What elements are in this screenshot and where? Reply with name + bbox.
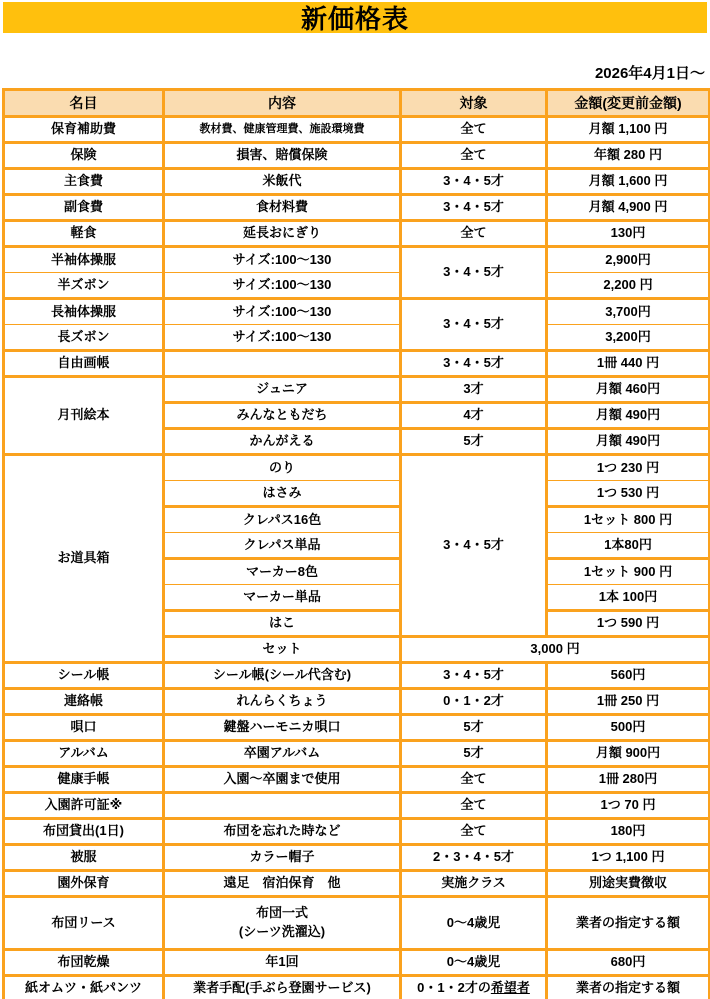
table-cell: サイズ:100～130 — [164, 325, 401, 351]
table-cell: みんなともだち — [164, 403, 401, 429]
table-cell: 月刊絵本 — [4, 377, 164, 455]
table-cell: 長袖体操服 — [4, 299, 164, 325]
table-cell: 5才 — [401, 429, 547, 455]
table-row: 入園許可証※全て1つ 70 円 — [4, 793, 710, 819]
table-cell: 実施クラス — [401, 871, 547, 897]
table-cell: 布団一式(シーツ洗濯込) — [164, 897, 401, 950]
table-cell: 健康手帳 — [4, 767, 164, 793]
table-row: 長ズボンサイズ:100～1303,200円 — [4, 325, 710, 351]
table-cell: 2,900円 — [547, 247, 710, 273]
table-cell: アルバム — [4, 741, 164, 767]
table-row: 自由画帳3・4・5才1冊 440 円 — [4, 351, 710, 377]
table-cell: 全て — [401, 117, 547, 143]
table-cell: カラー帽子 — [164, 845, 401, 871]
table-cell: 被服 — [4, 845, 164, 871]
table-cell: 別途実費徴収 — [547, 871, 710, 897]
page-title-bar: 新価格表 — [3, 2, 707, 33]
table-cell: 全て — [401, 767, 547, 793]
underlined-text: 希望者 — [491, 980, 530, 995]
table-row: 健康手帳入園～卒園まで使用全て1冊 280円 — [4, 767, 710, 793]
column-header: 金額(変更前金額) — [547, 90, 710, 117]
table-row: 唄口鍵盤ハーモニカ唄口5才500円 — [4, 715, 710, 741]
table-cell: 0～4歳児 — [401, 897, 547, 950]
table-cell: 1つ 530 円 — [547, 481, 710, 507]
table-cell: 0・1・2才 — [401, 689, 547, 715]
table-cell: 保育補助費 — [4, 117, 164, 143]
column-header: 名目 — [4, 90, 164, 117]
table-cell: 布団貸出(1日) — [4, 819, 164, 845]
table-cell: 1つ 230 円 — [547, 455, 710, 481]
table-cell: 1つ 590 円 — [547, 611, 710, 637]
table-cell: 3,700円 — [547, 299, 710, 325]
table-cell: 180円 — [547, 819, 710, 845]
table-cell: 全て — [401, 793, 547, 819]
table-cell: 3・4・5才 — [401, 247, 547, 299]
table-cell: 年1回 — [164, 950, 401, 976]
table-cell: 業者の指定する額 — [547, 976, 710, 999]
column-header: 内容 — [164, 90, 401, 117]
table-cell: かんがえる — [164, 429, 401, 455]
table-row: 長袖体操服サイズ:100～1303・4・5才3,700円 — [4, 299, 710, 325]
table-cell: 全て — [401, 819, 547, 845]
table-cell: 自由画帳 — [4, 351, 164, 377]
table-cell: 教材費、健康管理費、施設環境費 — [164, 117, 401, 143]
table-row: 布団リース布団一式(シーツ洗濯込)0～4歳児業者の指定する額 — [4, 897, 710, 950]
table-cell: 4才 — [401, 403, 547, 429]
table-cell: 3・4・5才 — [401, 663, 547, 689]
table-cell: 0～4歳児 — [401, 950, 547, 976]
table-row: 園外保育遠足 宿泊保育 他実施クラス別途実費徴収 — [4, 871, 710, 897]
column-header: 対象 — [401, 90, 547, 117]
table-row: アルバム卒園アルバム5才月額 900円 — [4, 741, 710, 767]
header-row: 名目内容対象金額(変更前金額) — [4, 90, 710, 117]
table-cell: 3,200円 — [547, 325, 710, 351]
table-cell: 布団乾燥 — [4, 950, 164, 976]
table-cell: 延長おにぎり — [164, 221, 401, 247]
table-row: 連絡帳れんらくちょう0・1・2才1冊 250 円 — [4, 689, 710, 715]
table-cell: はさみ — [164, 481, 401, 507]
table-cell: 紙オムツ・紙パンツ — [4, 976, 164, 999]
price-table: 名目内容対象金額(変更前金額) 保育補助費教材費、健康管理費、施設環境費全て月額… — [2, 88, 710, 999]
table-cell: 2・3・4・5才 — [401, 845, 547, 871]
table-cell — [164, 351, 401, 377]
table-cell: 卒園アルバム — [164, 741, 401, 767]
table-cell: 3・4・5才 — [401, 195, 547, 221]
table-cell: マーカー単品 — [164, 585, 401, 611]
table-row: 主食費米飯代3・4・5才月額 1,600 円 — [4, 169, 710, 195]
table-cell: 全て — [401, 221, 547, 247]
table-row: 半袖体操服サイズ:100～1303・4・5才2,900円 — [4, 247, 710, 273]
table-cell: サイズ:100～130 — [164, 299, 401, 325]
table-cell: 3才 — [401, 377, 547, 403]
table-row: 布団乾燥年1回0～4歳児680円 — [4, 950, 710, 976]
table-cell: 1冊 280円 — [547, 767, 710, 793]
table-cell: 2,200 円 — [547, 273, 710, 299]
table-row: 軽食延長おにぎり全て130円 — [4, 221, 710, 247]
table-cell: 食材料費 — [164, 195, 401, 221]
table-cell: 軽食 — [4, 221, 164, 247]
table-row: お道具箱のり3・4・5才1つ 230 円 — [4, 455, 710, 481]
table-cell: 主食費 — [4, 169, 164, 195]
table-cell: 副食費 — [4, 195, 164, 221]
table-cell: 1つ 70 円 — [547, 793, 710, 819]
table-cell: マーカー8色 — [164, 559, 401, 585]
table-cell: 0・1・2才の希望者 — [401, 976, 547, 999]
table-cell: 入園許可証※ — [4, 793, 164, 819]
table-row: 月刊絵本ジュニア3才月額 460円 — [4, 377, 710, 403]
table-cell: 5才 — [401, 715, 547, 741]
table-cell: 130円 — [547, 221, 710, 247]
table-cell: 560円 — [547, 663, 710, 689]
table-row: 保育補助費教材費、健康管理費、施設環境費全て月額 1,100 円 — [4, 117, 710, 143]
table-cell: クレパス単品 — [164, 533, 401, 559]
table-cell: 月額 490円 — [547, 429, 710, 455]
table-cell: 入園～卒園まで使用 — [164, 767, 401, 793]
table-cell: 3,000 円 — [401, 637, 710, 663]
table-cell: 月額 460円 — [547, 377, 710, 403]
table-row: 布団貸出(1日)布団を忘れた時など全て180円 — [4, 819, 710, 845]
table-cell: 1本80円 — [547, 533, 710, 559]
table-cell: 半ズボン — [4, 273, 164, 299]
table-cell: 保険 — [4, 143, 164, 169]
table-cell: 3・4・5才 — [401, 351, 547, 377]
table-cell: サイズ:100～130 — [164, 247, 401, 273]
table-cell: 米飯代 — [164, 169, 401, 195]
table-cell: 遠足 宿泊保育 他 — [164, 871, 401, 897]
table-row: 紙オムツ・紙パンツ業者手配(手ぶら登園サービス)0・1・2才の希望者業者の指定す… — [4, 976, 710, 999]
table-row: 保険損害、賠償保険全て年額 280 円 — [4, 143, 710, 169]
table-cell: 半袖体操服 — [4, 247, 164, 273]
table-cell: 1セット 900 円 — [547, 559, 710, 585]
table-row: 副食費食材料費3・4・5才月額 4,900 円 — [4, 195, 710, 221]
table-cell: 月額 490円 — [547, 403, 710, 429]
table-cell: 月額 1,600 円 — [547, 169, 710, 195]
table-cell: 1冊 440 円 — [547, 351, 710, 377]
table-cell: 園外保育 — [4, 871, 164, 897]
table-cell: 1セット 800 円 — [547, 507, 710, 533]
table-cell: 月額 4,900 円 — [547, 195, 710, 221]
table-cell: 業者の指定する額 — [547, 897, 710, 950]
table-cell: 全て — [401, 143, 547, 169]
table-cell: お道具箱 — [4, 455, 164, 663]
table-cell: 鍵盤ハーモニカ唄口 — [164, 715, 401, 741]
table-cell: シール帳 — [4, 663, 164, 689]
table-cell: 布団を忘れた時など — [164, 819, 401, 845]
table-row: シール帳シール帳(シール代含む)3・4・5才560円 — [4, 663, 710, 689]
table-cell: 1つ 1,100 円 — [547, 845, 710, 871]
table-cell — [164, 793, 401, 819]
table-cell: クレパス16色 — [164, 507, 401, 533]
price-table-head: 名目内容対象金額(変更前金額) — [4, 90, 710, 117]
table-cell: 680円 — [547, 950, 710, 976]
table-cell: 月額 1,100 円 — [547, 117, 710, 143]
table-cell: れんらくちょう — [164, 689, 401, 715]
table-cell: 1冊 250 円 — [547, 689, 710, 715]
table-cell: 長ズボン — [4, 325, 164, 351]
table-cell: 500円 — [547, 715, 710, 741]
table-cell: 5才 — [401, 741, 547, 767]
table-cell: はこ — [164, 611, 401, 637]
price-table-body: 保育補助費教材費、健康管理費、施設環境費全て月額 1,100 円保険損害、賠償保… — [4, 117, 710, 999]
table-cell: サイズ:100～130 — [164, 273, 401, 299]
table-cell: 3・4・5才 — [401, 169, 547, 195]
table-row: 半ズボンサイズ:100～1302,200 円 — [4, 273, 710, 299]
table-cell: シール帳(シール代含む) — [164, 663, 401, 689]
table-cell: 月額 900円 — [547, 741, 710, 767]
table-cell: 布団リース — [4, 897, 164, 950]
table-cell: 3・4・5才 — [401, 455, 547, 637]
table-cell: 年額 280 円 — [547, 143, 710, 169]
table-cell: ジュニア — [164, 377, 401, 403]
table-cell: 1本 100円 — [547, 585, 710, 611]
table-cell: 損害、賠償保険 — [164, 143, 401, 169]
table-cell: 連絡帳 — [4, 689, 164, 715]
table-cell: 唄口 — [4, 715, 164, 741]
table-cell: のり — [164, 455, 401, 481]
table-cell: セット — [164, 637, 401, 663]
effective-date: 2026年4月1日～ — [0, 65, 705, 83]
page-title: 新価格表 — [301, 0, 409, 36]
table-cell: 業者手配(手ぶら登園サービス) — [164, 976, 401, 999]
table-row: 被服カラー帽子2・3・4・5才1つ 1,100 円 — [4, 845, 710, 871]
table-cell: 3・4・5才 — [401, 299, 547, 351]
